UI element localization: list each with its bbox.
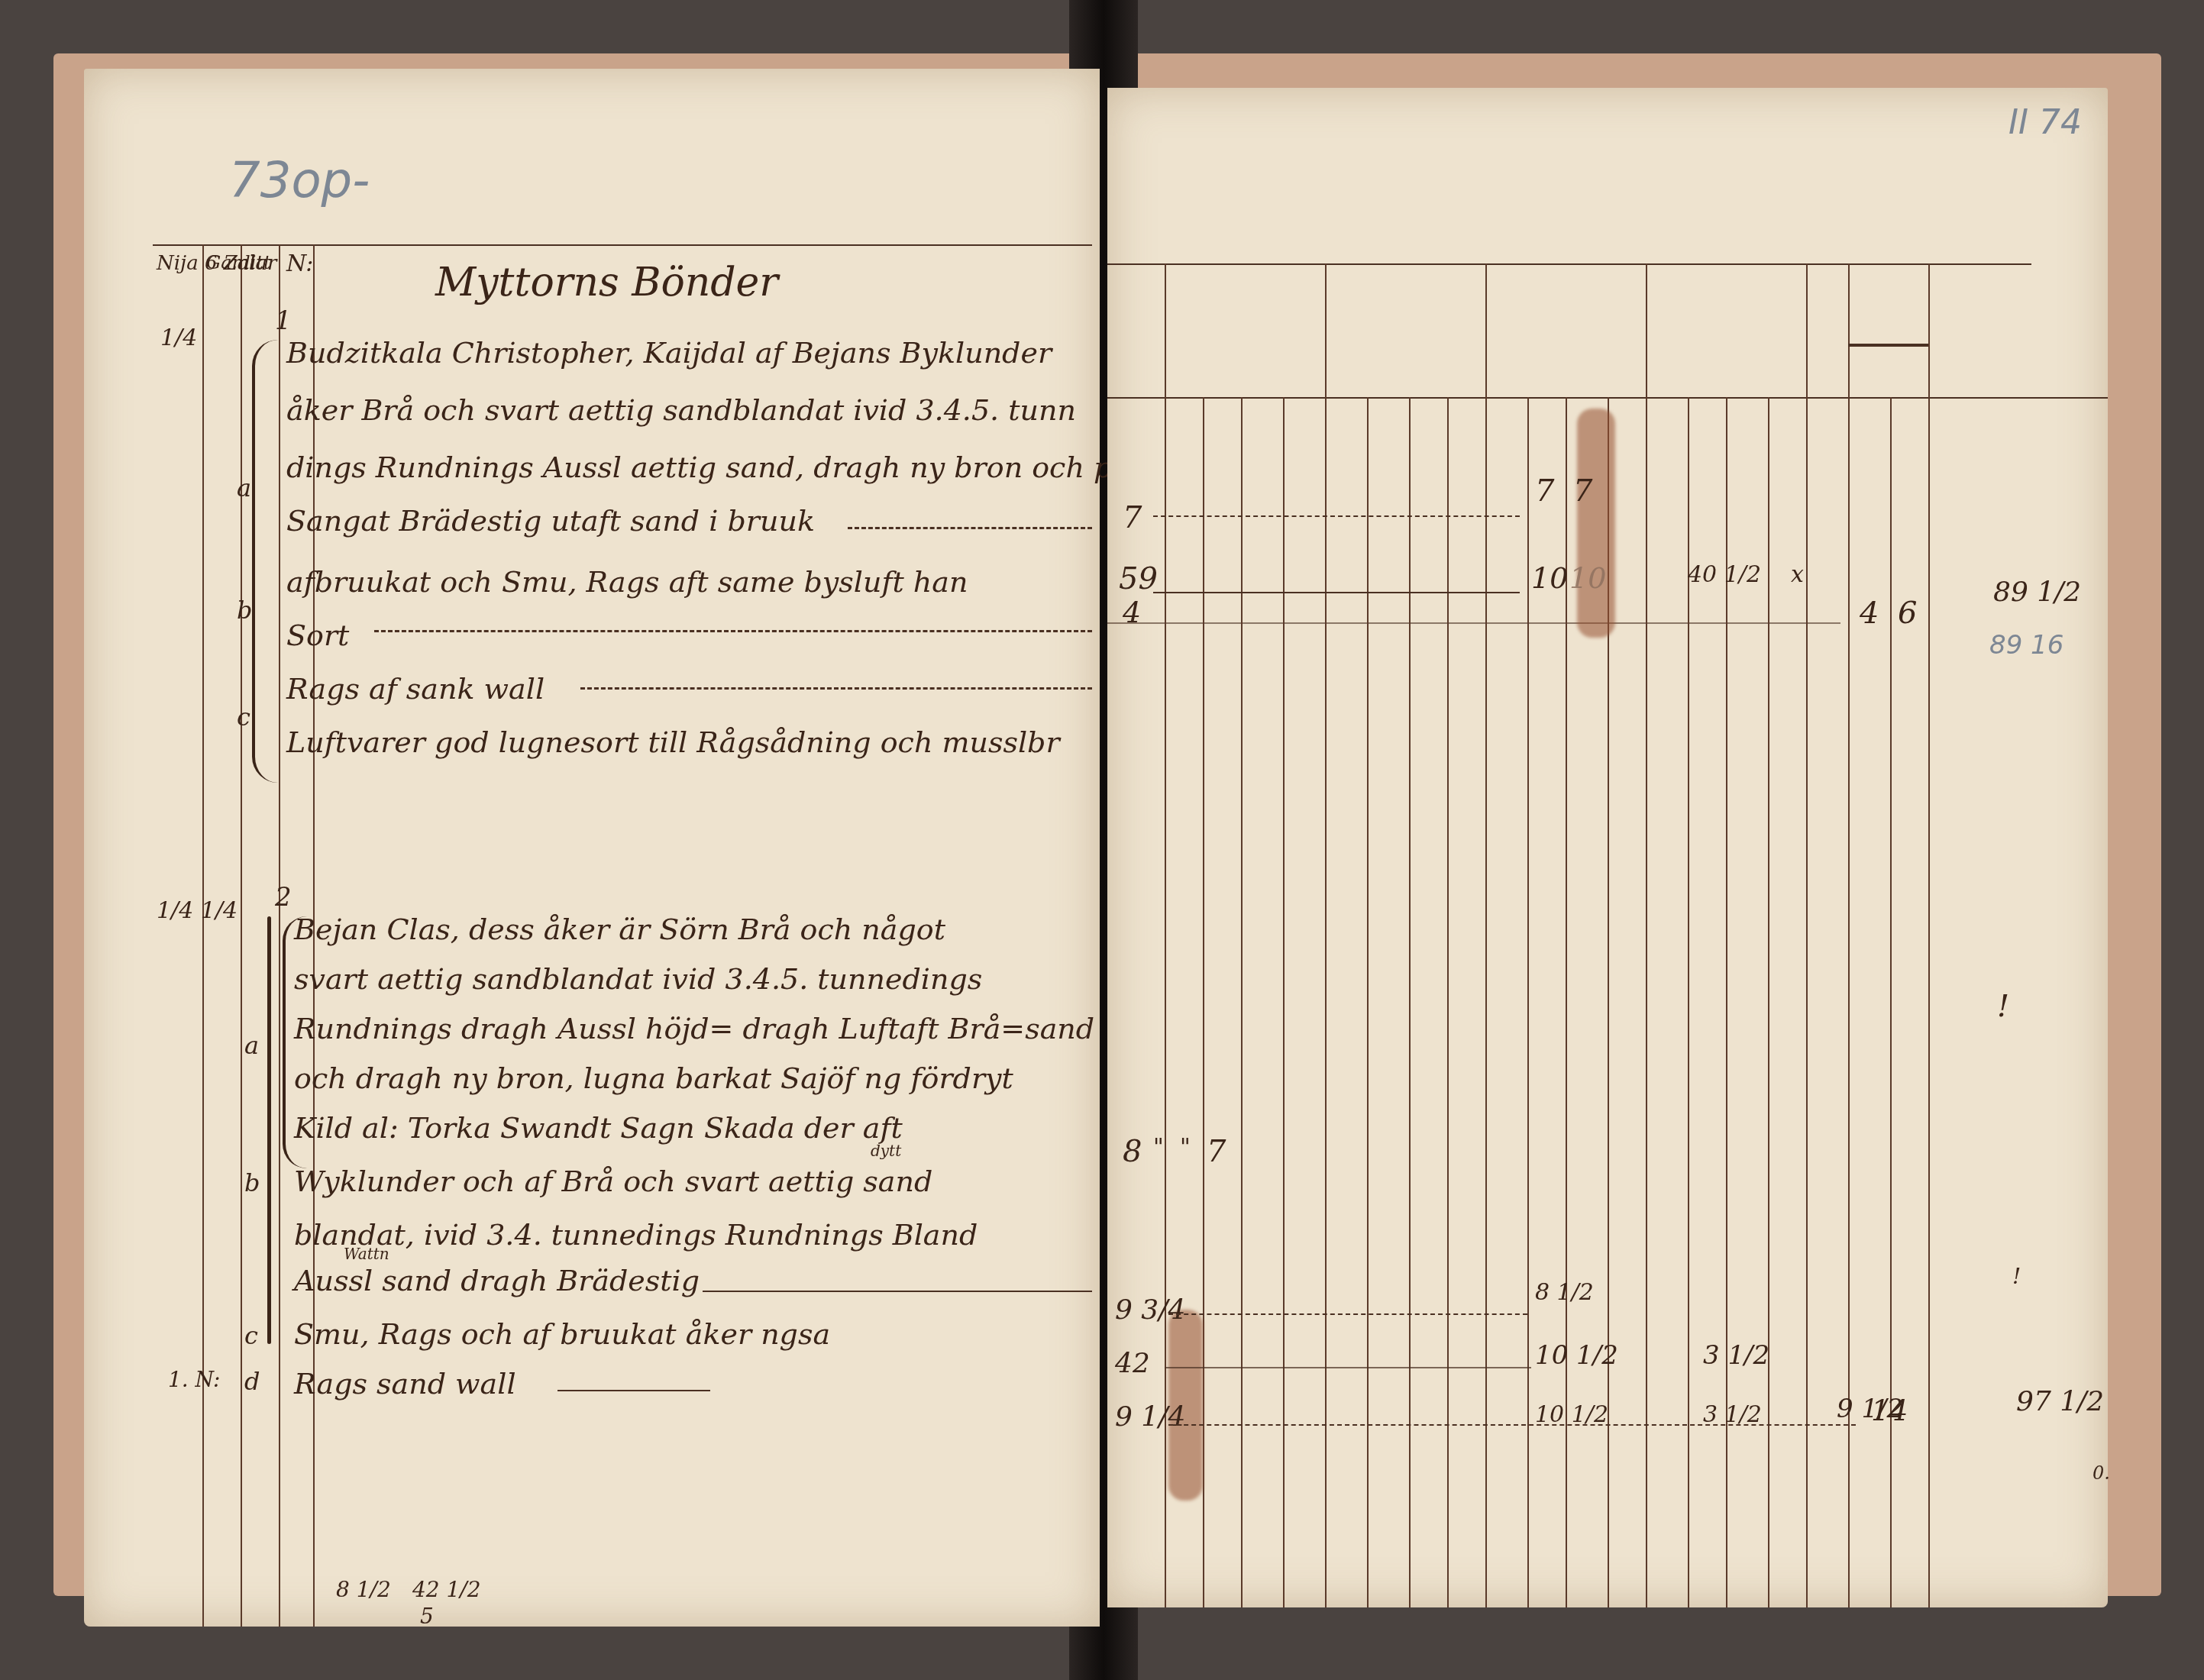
grid-line <box>1928 397 1930 1607</box>
entry-1-line-2: åker Brå och svart aettig sandblandat iv… <box>286 393 1076 427</box>
grid-line <box>1527 397 1529 1607</box>
grid-line <box>1848 397 1850 1607</box>
grid-line <box>1646 397 1647 1607</box>
grid-line <box>1485 397 1487 1607</box>
entry-2-line-2: svart aettig sandblandat ivid 3.4.5. tun… <box>294 962 982 996</box>
entry-1-line-4: Sangat Brädestig utaft sand i bruuk <box>286 504 815 538</box>
r3-total-pencil: 89 16 <box>1989 630 2063 661</box>
grid-line <box>1367 397 1369 1607</box>
grid-line <box>1241 397 1243 1607</box>
r4-col0: 8 <box>1123 1134 1142 1169</box>
grid-line <box>1768 397 1769 1607</box>
header-divider <box>1646 263 1647 397</box>
header-box <box>1848 344 1928 347</box>
header-rule <box>153 244 1092 246</box>
entry-1-margin-note: 1/4 <box>160 325 197 351</box>
header-col3: litt <box>244 252 271 273</box>
entry-2-line-1: Bejan Clas, dess åker är Sörn Brå och nå… <box>294 913 945 946</box>
entry-2-line-6: Wyklunder och af Brå och svart aettig sa… <box>294 1165 932 1198</box>
grid-line <box>1447 397 1449 1607</box>
entry-2-letter-d: d <box>244 1367 260 1396</box>
entry-2-margin-note: 1/4 1/4 <box>157 897 238 924</box>
r5-col0: 9 3/4 <box>1115 1294 1185 1326</box>
right-page: II 74 7 7 7 59 10 10 40 1/2 x 4 4 6 89 1… <box>1107 88 2108 1607</box>
entry-1-line-5: afbruukat och Smu, Rags aft same bysluft… <box>286 565 968 599</box>
grid-line <box>1283 397 1285 1607</box>
r7-col0: 9 1/4 <box>1115 1401 1185 1433</box>
entry-2-line-5: Kild al: Torka Swandt Sagn Skada der aft <box>294 1111 903 1145</box>
header-divider <box>1325 263 1327 397</box>
header-divider <box>1165 263 1166 397</box>
r2-col10: 10 <box>1569 561 1606 595</box>
right-header-rule <box>1107 263 2031 265</box>
pencil-folio-right: II 74 <box>2008 103 2082 142</box>
r3-col18: 6 <box>1898 596 1917 631</box>
page-title: Myttorns Bönder <box>435 260 778 305</box>
r4-col3: 7 <box>1207 1134 1226 1169</box>
entry-2-line-9: Smu, Rags och af bruukat åker ngsa <box>294 1317 830 1351</box>
entry-2-line-10: Rags sand wall <box>294 1367 516 1401</box>
entry-1-line-7: Rags af sank wall <box>286 672 545 706</box>
grid-line <box>1806 397 1808 1607</box>
r7-total: 97 1/2 <box>2016 1386 2104 1417</box>
grid-line <box>1409 397 1411 1607</box>
leader-line <box>1165 1367 1531 1368</box>
entry-2-line-4: och dragh ny bron, lugna barkat Sajöf ng… <box>294 1061 1013 1095</box>
entry-2-bracket <box>267 916 271 1344</box>
r6-col0: 42 <box>1115 1348 1150 1379</box>
r3-total: 89 1/2 <box>1993 577 2081 608</box>
col-rule-1 <box>202 244 204 1627</box>
r2-col13: 40 1/2 <box>1688 561 1761 588</box>
header-divider <box>1485 263 1487 397</box>
entry-1-line-6: Sort <box>286 619 349 652</box>
side-mark-1: ! <box>1997 989 2009 1024</box>
entry-1-letter-a: a <box>237 473 251 502</box>
leader-line <box>374 630 1092 632</box>
r1-col0: 7 <box>1123 500 1142 535</box>
side-mark-2: ! <box>2012 1264 2021 1289</box>
r3-col0: 4 <box>1123 596 1141 629</box>
col-rule-2 <box>241 244 242 1627</box>
header-divider <box>1806 263 1808 397</box>
entry-2-number: 2 <box>275 882 292 913</box>
side-mark-4: 0. <box>2093 1462 2110 1484</box>
pencil-folio-left: 73op- <box>229 153 370 209</box>
entry-1-line-8: Luftvarer god lugnesort till Rågsådning … <box>286 725 1060 759</box>
entry-2-superscript-1: dytt <box>871 1142 901 1160</box>
grid-line <box>1203 397 1204 1607</box>
left-page: 73op- Nija 6 Zalar Gaml. litt N: Myttorn… <box>84 69 1100 1627</box>
r7-col15: 14 <box>1871 1394 1908 1427</box>
r2-col14: x <box>1791 561 1804 588</box>
r2-col9: 10 <box>1531 561 1568 595</box>
header-divider <box>1848 263 1850 397</box>
footer-figure-3: 5 <box>420 1604 434 1629</box>
r6-col9: 10 1/2 <box>1535 1340 1618 1371</box>
grid-line <box>1325 397 1327 1607</box>
right-row-rule <box>1107 622 1840 624</box>
leader-line <box>1153 592 1520 593</box>
entry-2-bottom-note: 1. N: <box>168 1367 221 1392</box>
r2-col0: 59 <box>1119 561 1158 596</box>
r5-col9: 8 1/2 <box>1535 1279 1594 1306</box>
leader-line <box>1168 1313 1527 1315</box>
r4-col1: " <box>1153 1134 1164 1161</box>
entry-1-letter-c: c <box>237 703 250 732</box>
entry-1-line-3: dings Rundnings Aussl aettig sand, dragh… <box>286 451 1175 484</box>
entry-2-line-3: Rundnings dragh Aussl höjd= dragh Luftaf… <box>294 1012 1094 1045</box>
entry-2-letter-b: b <box>244 1168 260 1197</box>
entry-2-letter-a: a <box>244 1031 259 1060</box>
entry-1-number: 1 <box>275 305 292 336</box>
r1-col9: 7 <box>1535 473 1554 509</box>
entry-1-letter-b: b <box>237 596 252 625</box>
leader-line <box>557 1390 710 1391</box>
entry-1-brace <box>252 340 278 783</box>
r4-col2: " <box>1180 1134 1191 1161</box>
header-col4: N: <box>286 250 313 277</box>
leader-line <box>580 687 1092 690</box>
leader-line <box>848 527 1092 529</box>
leader-line <box>703 1291 1092 1292</box>
entry-2-line-7: blandat, ivid 3.4. tunnedings Rundnings … <box>294 1218 978 1252</box>
r1-col10: 7 <box>1573 473 1592 509</box>
entry-2-line-8: Aussl sand dragh Brädestig <box>294 1264 700 1297</box>
footer-figure-2: 42 1/2 <box>412 1577 481 1602</box>
footer-figure-1: 8 1/2 <box>336 1577 391 1602</box>
entry-1-line-1: Budzitkala Christopher, Kaijdal af Bejan… <box>286 336 1052 370</box>
header-divider <box>1928 263 1930 397</box>
leader-line <box>1153 515 1520 517</box>
ink-stain <box>1577 409 1615 638</box>
entry-2-letter-c: c <box>244 1321 258 1350</box>
leader-line <box>1168 1424 1856 1426</box>
entry-2-superscript-2: Wattn <box>344 1245 389 1263</box>
r6-col13: 3 1/2 <box>1703 1340 1769 1371</box>
r3-col17: 4 <box>1860 596 1879 631</box>
col-rule-3 <box>279 244 280 1627</box>
